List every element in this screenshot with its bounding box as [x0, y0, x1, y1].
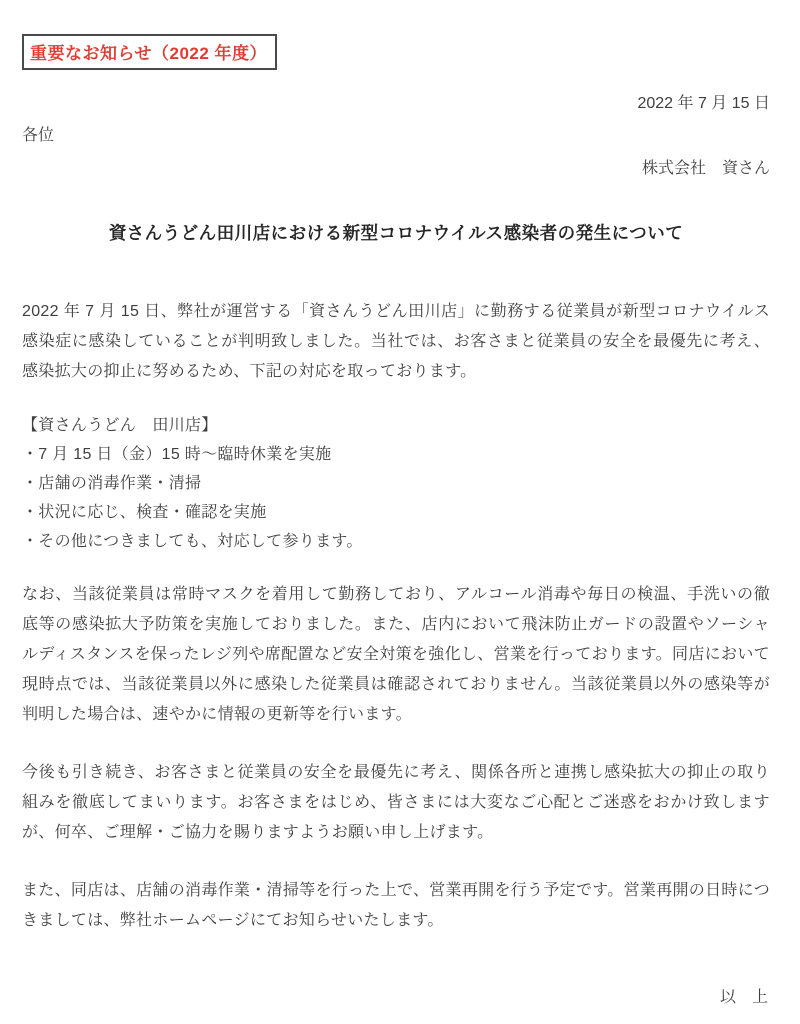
company-name: 株式会社 資さん [22, 155, 770, 178]
measure-item-testing: ・状況に応じ、検査・確認を実施 [22, 498, 770, 527]
measure-item-disinfection: ・店舗の消毒作業・清掃 [22, 469, 770, 498]
notice-document: 重要なお知らせ（2022 年度） 2022 年 7 月 15 日 各位 株式会社… [0, 0, 800, 1024]
paragraph-prevention-details: なお、当該従業員は常時マスクを着用して勤務しており、アルコール消毒や毎日の検温、… [22, 580, 770, 730]
addressee: 各位 [22, 122, 770, 145]
document-title: 資さんうどん田川店における新型コロナウイルス感染者の発生について [22, 220, 770, 245]
paragraph-incident-intro: 2022 年 7 月 15 日、弊社が運営する「資さんうどん田川店」に勤務する従… [22, 297, 770, 387]
issue-date: 2022 年 7 月 15 日 [22, 90, 770, 113]
measure-item-other: ・その他につきましても、対応して参ります。 [22, 527, 770, 556]
store-measures-section: 【資さんうどん 田川店】 ・7 月 15 日（金）15 時～臨時休業を実施 ・店… [22, 411, 770, 556]
paragraph-safety-commitment: 今後も引き続き、お客さまと従業員の安全を最優先に考え、関係各所と連携し感染拡大の… [22, 758, 770, 848]
paragraph-reopening-plan: また、同店は、店舗の消毒作業・清掃等を行った上で、営業再開を行う予定です。営業再… [22, 876, 770, 936]
closing-mark: 以 上 [22, 984, 770, 1007]
important-notice-label: 重要なお知らせ（2022 年度） [30, 44, 267, 63]
important-notice-badge: 重要なお知らせ（2022 年度） [22, 34, 277, 70]
measure-item-temporary-closure: ・7 月 15 日（金）15 時～臨時休業を実施 [22, 440, 770, 469]
store-section-heading: 【資さんうどん 田川店】 [22, 411, 770, 440]
